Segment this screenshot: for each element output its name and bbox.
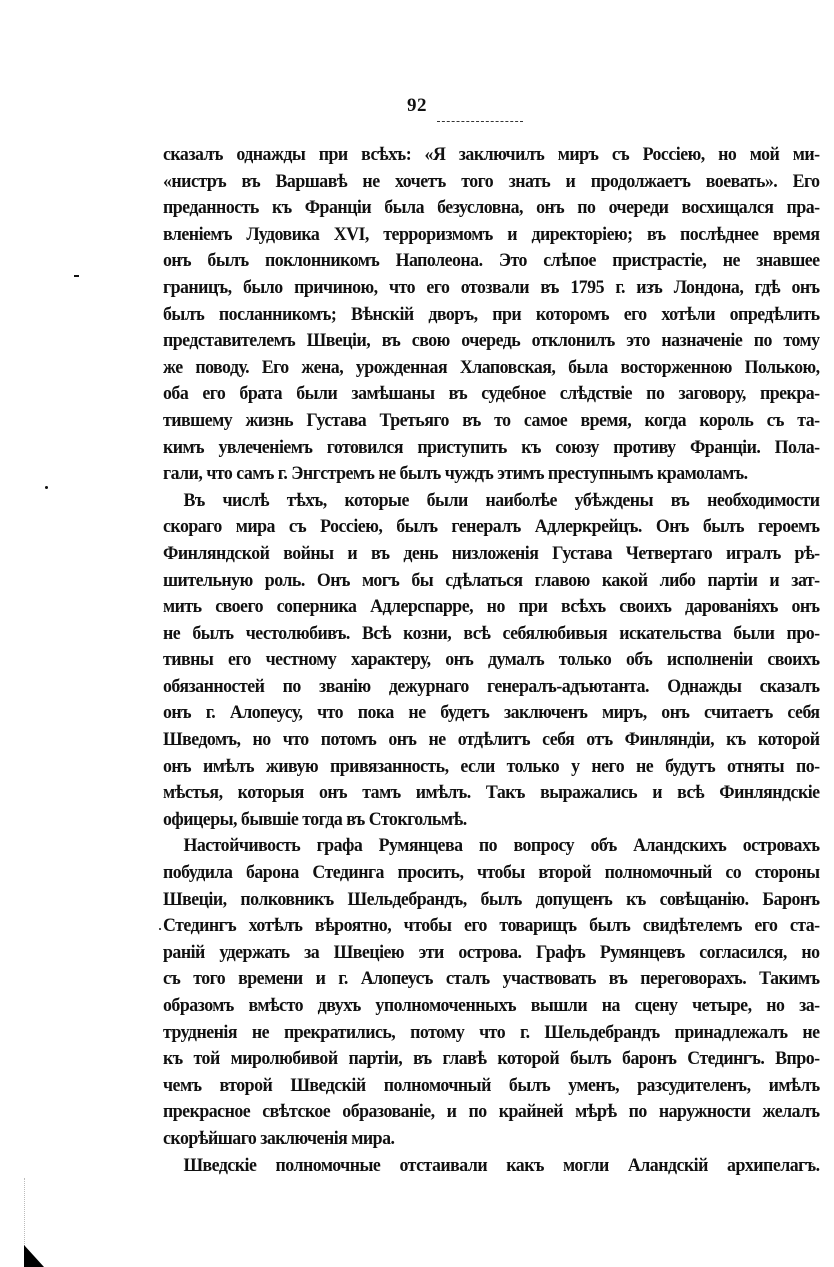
text-line: границъ, было причиною, что его отозвали… [163, 275, 820, 302]
page-number-rule [437, 121, 523, 122]
text-line: мить своего соперника Адлерспарре, но пр… [163, 594, 820, 621]
text-line: раній удержать за Швеціею эти острова. Г… [163, 940, 820, 967]
text-line: былъ посланникомъ; Вѣнскій дворъ, при ко… [163, 302, 820, 329]
text-line: онъ былъ поклонникомъ Наполеона. Это слѣ… [163, 248, 820, 275]
scan-speck [812, 1163, 814, 1165]
page-binding-edge [24, 1178, 26, 1246]
text-line: же поводу. Его жена, урожденная Хлаповск… [163, 355, 820, 382]
text-line: кимъ увлеченіемъ готовился приступить къ… [163, 435, 820, 462]
text-line: «нистръ въ Варшавѣ не хочетъ того знать … [163, 169, 820, 196]
text-line: тивны его честному характеру, онъ думалъ… [163, 647, 820, 674]
text-line: обязанностей по званію дежурнаго генерал… [163, 674, 820, 701]
text-line: чемъ второй Шведскій полномочный былъ ум… [163, 1073, 820, 1100]
scan-speck [159, 928, 161, 930]
text-line: скорѣйшаго заключенія мира. [163, 1126, 820, 1153]
text-line: сказалъ однажды при всѣхъ: «Я заключилъ … [163, 142, 820, 169]
text-line: шительную роль. Онъ могъ бы сдѣлаться гл… [163, 568, 820, 595]
text-line: не былъ честолюбивъ. Всѣ козни, всѣ себя… [163, 621, 820, 648]
text-line: вленіемъ Лудовика XVI, терроризмомъ и ди… [163, 222, 820, 249]
text-line: трудненія не прекратились, потому что г.… [163, 1020, 820, 1047]
paragraph-start-line: Настойчивость графа Румянцева по вопросу… [163, 833, 820, 860]
page-number: 92 [0, 95, 834, 117]
text-line: съ того времени и г. Алопеусъ сталъ учас… [163, 966, 820, 993]
text-line: Стедингъ хотѣлъ вѣроятно, чтобы его това… [163, 913, 820, 940]
text-line: тившему жизнь Густава Третьяго въ то сам… [163, 408, 820, 435]
scan-corner-shadow [24, 1245, 44, 1267]
text-line: Швеціи, полковникъ Шельдебрандъ, былъ до… [163, 887, 820, 914]
text-line: побудила барона Стединга просить, чтобы … [163, 860, 820, 887]
text-line: скораго мира съ Россіею, былъ генералъ А… [163, 514, 820, 541]
text-line: представителемъ Швеціи, въ свою очередь … [163, 328, 820, 355]
scan-speck [45, 486, 48, 489]
text-line: прекрасное свѣтское образованіе, и по кр… [163, 1099, 820, 1126]
text-line: къ той миролюбивой партіи, въ главѣ кото… [163, 1046, 820, 1073]
text-line: онъ г. Алопеусу, что пока не будетъ закл… [163, 700, 820, 727]
text-line: гали, что самъ г. Энгстремъ не былъ чужд… [163, 461, 820, 488]
text-line: Финляндской войны и въ день низложенія Г… [163, 541, 820, 568]
text-line: Шведомъ, но что потомъ онъ не отдѣлитъ с… [163, 727, 820, 754]
text-line: мѣстья, которыя онъ тамъ имѣлъ. Такъ выр… [163, 780, 820, 807]
text-line: оба его брата были замѣшаны въ судебное … [163, 381, 820, 408]
scan-speck [74, 275, 79, 277]
text-line: образомъ вмѣсто двухъ уполномоченныхъ вы… [163, 993, 820, 1020]
text-line: офицеры, бывшіе тогда въ Стокгольмѣ. [163, 807, 820, 834]
text-line: онъ имѣлъ живую привязанность, если толь… [163, 754, 820, 781]
text-line: преданность къ Франціи была безусловна, … [163, 195, 820, 222]
paragraph-start-line: Шведскіе полномочные отстаивали какъ мог… [163, 1153, 820, 1180]
paragraph-start-line: Въ числѣ тѣхъ, которые были наиболѣе убѣ… [163, 488, 820, 515]
body-text: сказалъ однажды при всѣхъ: «Я заключилъ … [163, 142, 820, 1179]
